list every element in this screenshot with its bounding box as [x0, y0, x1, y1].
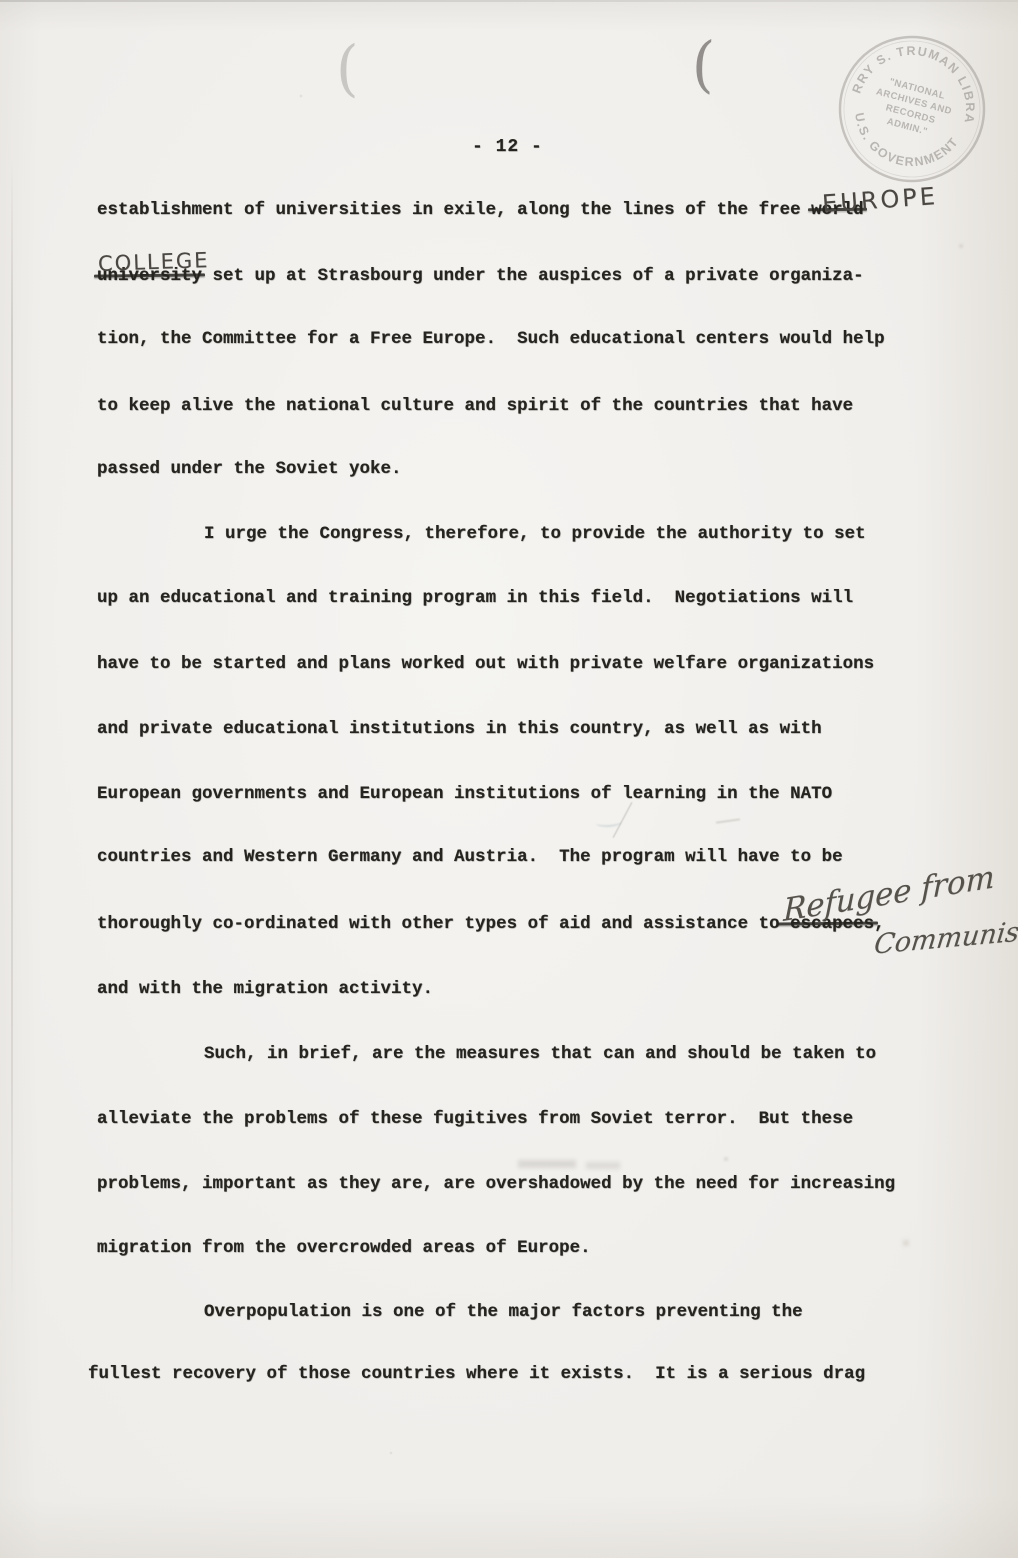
handwritten-insert-refugee-from: Refugee from — [783, 859, 995, 929]
typed-line: passed under the Soviet yoke. — [97, 458, 402, 480]
typed-line: establishment of universities in exile, … — [97, 199, 864, 221]
typed-line: fullest recovery of those countries wher… — [88, 1363, 865, 1385]
typed-text: countries and Western Germany and Austri… — [97, 847, 843, 867]
typed-line: I urge the Congress, therefore, to provi… — [97, 523, 866, 545]
typed-text: European governments and European instit… — [97, 784, 832, 804]
typed-text: establishment of universities in exile, … — [97, 200, 811, 220]
pencil-stray-mark — [716, 818, 740, 823]
typed-line: migration from the overcrowded areas of … — [97, 1237, 591, 1259]
handwritten-insert-college: COLLEGE — [98, 248, 210, 276]
paper-crease — [11, 160, 13, 1310]
erased-text-smudge — [518, 1160, 576, 1168]
typed-text: to keep alive the national culture and s… — [97, 396, 853, 416]
pencil-paren-mark: ( — [691, 28, 716, 100]
typed-text: tion, the Committee for a Free Europe. S… — [97, 329, 885, 349]
typed-text: alleviate the problems of these fugitive… — [97, 1109, 853, 1129]
handwritten-insert-communism: Communism — [872, 914, 1018, 960]
paper-specks — [0, 0, 2, 2]
archive-stamp: HARRY S. TRUMAN LIBRARY U.S. GOVERNMENT … — [815, 12, 1009, 206]
typed-text: Overpopulation is one of the major facto… — [204, 1302, 803, 1322]
typed-text: problems, important as they are, are ove… — [97, 1174, 895, 1194]
scanned-document-page: ( ( HARRY S. TRUMAN LIBRARY U.S. GOVERNM… — [0, 0, 1018, 1558]
archive-stamp-icon: HARRY S. TRUMAN LIBRARY U.S. GOVERNMENT … — [815, 12, 1009, 206]
typed-text: Such, in brief, are the measures that ca… — [204, 1044, 876, 1064]
typed-text: set up at Strasbourg under the auspices … — [202, 266, 864, 286]
typed-line: Overpopulation is one of the major facto… — [97, 1301, 803, 1323]
typed-text: have to be started and plans worked out … — [97, 654, 874, 674]
typed-text: and with the migration activity. — [97, 979, 433, 999]
typed-line: to keep alive the national culture and s… — [97, 395, 853, 417]
typed-line: problems, important as they are, are ove… — [97, 1173, 895, 1195]
typed-line: Such, in brief, are the measures that ca… — [97, 1043, 876, 1065]
typed-line: tion, the Committee for a Free Europe. S… — [97, 328, 885, 350]
typed-text: I urge the Congress, therefore, to provi… — [204, 524, 866, 544]
typed-text: and private educational institutions in … — [97, 719, 822, 739]
scan-edge-line — [0, 0, 1018, 2]
typed-line: European governments and European instit… — [97, 783, 832, 805]
typed-line: university set up at Strasbourg under th… — [97, 265, 864, 287]
typed-line: thoroughly co-ordinated with other types… — [97, 913, 885, 935]
handwritten-insert-europe: EUROPE — [821, 182, 939, 218]
typed-line: countries and Western Germany and Austri… — [97, 846, 843, 868]
typed-text: up an educational and training program i… — [97, 588, 853, 608]
typed-text: passed under the Soviet yoke. — [97, 459, 402, 479]
typed-line: and private educational institutions in … — [97, 718, 822, 740]
pencil-paren-mark: ( — [336, 32, 359, 103]
typed-line: and with the migration activity. — [97, 978, 433, 1000]
typed-text: fullest recovery of those countries wher… — [88, 1364, 865, 1384]
erased-text-smudge — [586, 1162, 620, 1169]
typed-text: thoroughly co-ordinated with other types… — [97, 914, 780, 934]
typed-line: have to be started and plans worked out … — [97, 653, 874, 675]
typed-text: migration from the overcrowded areas of … — [97, 1238, 591, 1258]
page-number: - 12 - — [472, 137, 543, 157]
typed-line: alleviate the problems of these fugitive… — [97, 1108, 853, 1130]
typed-line: up an educational and training program i… — [97, 587, 853, 609]
